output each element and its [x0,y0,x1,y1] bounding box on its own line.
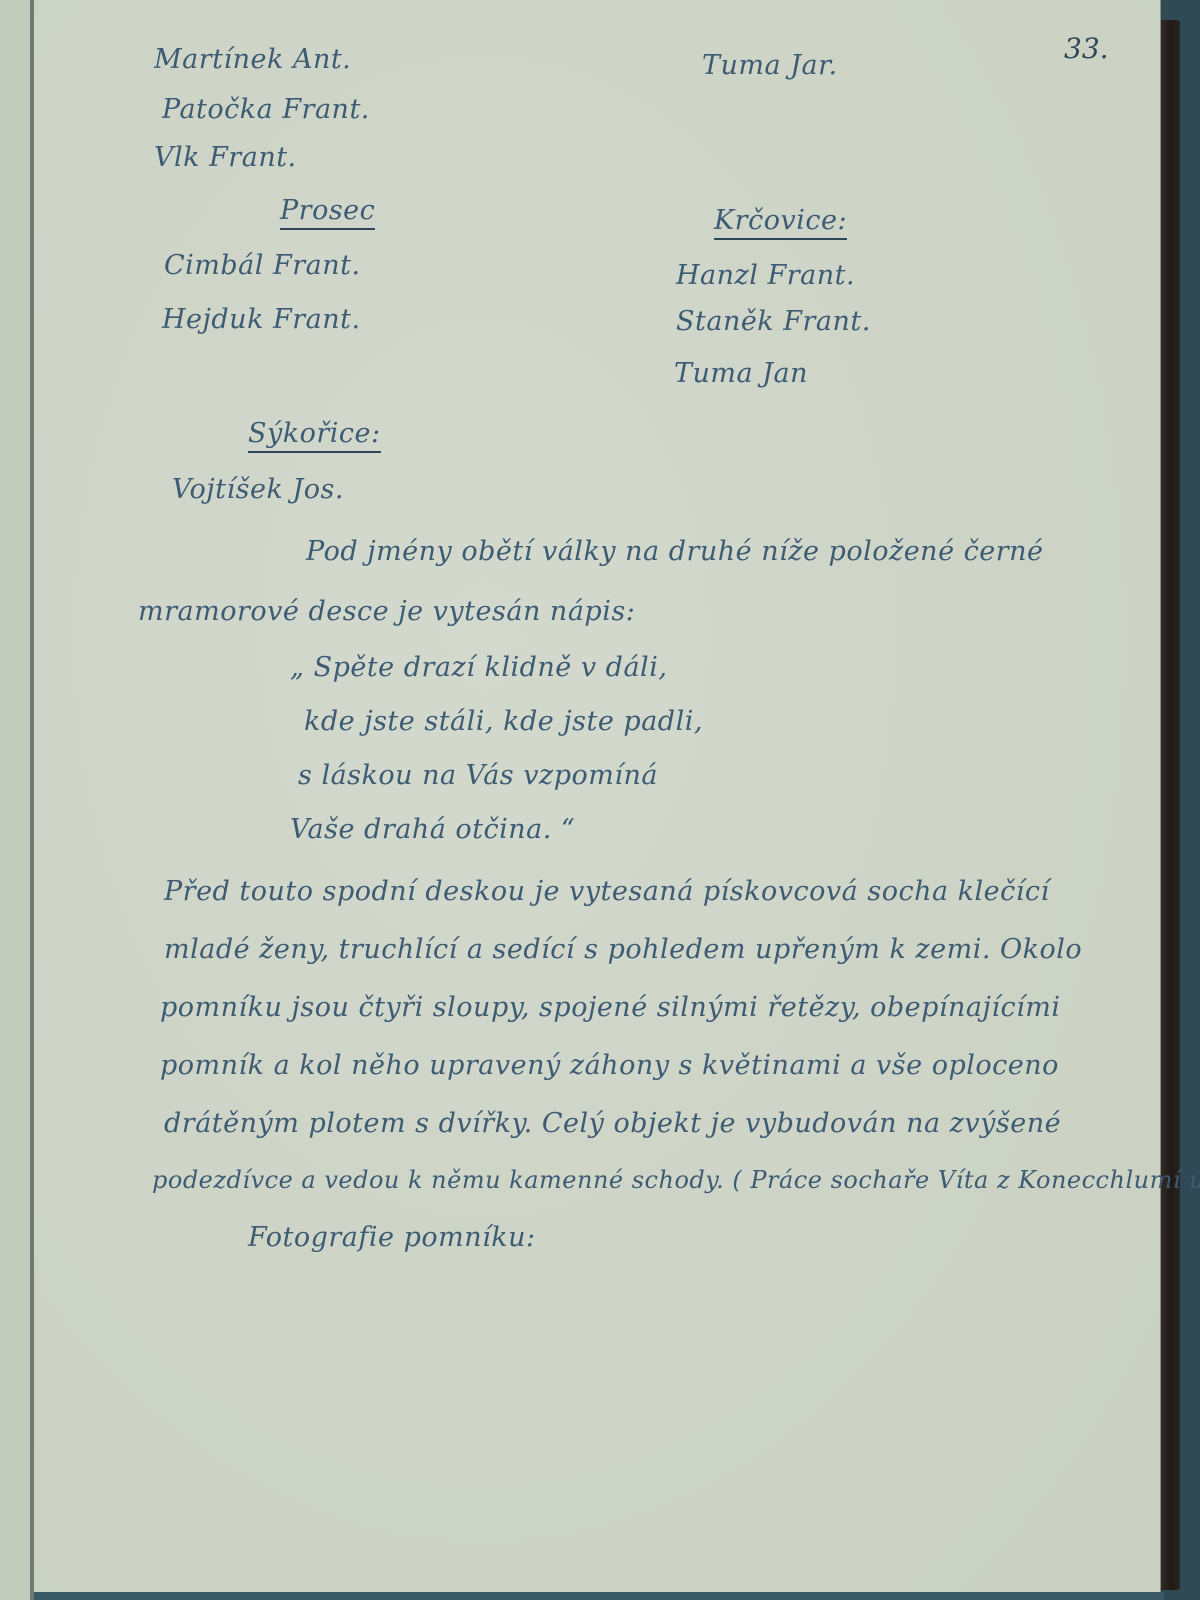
paragraph-line: drátěným plotem s dvířky. Celý objekt je… [164,1108,1061,1139]
left-page-edge [0,0,34,1600]
table-surface [34,1592,1164,1600]
section-heading-krcovice: Krčovice: [714,205,847,240]
name-entry: Martínek Ant. [154,44,351,75]
section-heading-prosec: Prosec [280,195,375,230]
name-entry: Hanzl Frant. [676,260,855,291]
name-entry: Tuma Jan [674,358,808,389]
name-entry: Tuma Jar. [702,50,838,81]
name-entry: Vlk Frant. [154,142,297,173]
manuscript-page: 33. Martínek Ant. Patočka Frant. Vlk Fra… [34,0,1160,1592]
name-entry: Patočka Frant. [162,94,370,125]
section-heading-sykorice: Sýkořice: [248,418,381,453]
paragraph-line: pomníku jsou čtyři sloupy, spojené silný… [160,992,1061,1023]
paragraph-line: podezdívce a vedou k němu kamenné schody… [152,1166,1200,1194]
name-entry: Staněk Frant. [676,306,871,337]
book-cover-edge [1158,20,1180,1590]
name-entry: Hejduk Frant. [162,304,361,335]
paragraph-line: Před touto spodní deskou je vytesaná pís… [164,876,1050,907]
paragraph-line: pomník a kol něho upravený záhony s květ… [160,1050,1059,1081]
page-number: 33. [1064,32,1109,65]
paragraph-line: mladé ženy, truchlící a sedící s pohlede… [164,934,1082,965]
inscription-line: „ Spěte drazí klidně v dáli, [290,652,667,683]
inscription-line: Vaše drahá otčina. “ [290,814,575,845]
paragraph-line: Pod jmény obětí války na druhé níže polo… [306,536,1044,567]
name-entry: Cimbál Frant. [164,250,361,281]
inscription-line: kde jste stáli, kde jste padli, [304,706,703,737]
photo-caption: Fotografie pomníku: [248,1222,536,1253]
inscription-line: s láskou na Vás vzpomíná [298,760,658,791]
paragraph-line: mramorové desce je vytesán nápis: [138,596,635,627]
name-entry: Vojtíšek Jos. [172,474,344,505]
